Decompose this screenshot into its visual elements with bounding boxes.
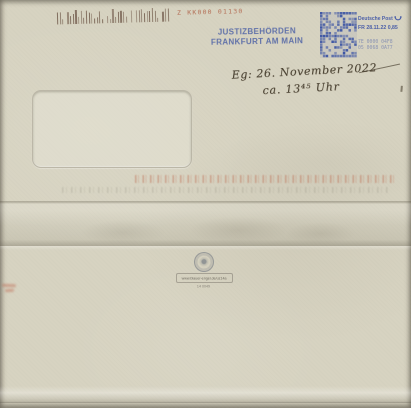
handwritten-receipt-note: Eg: 26. November 2022 ca. 13⁴⁵ Uhr (231, 59, 410, 98)
bleed-through-print-gray (62, 187, 390, 193)
blue-angel-seal-icon (194, 252, 214, 272)
envelope-front: Z KK000 01130 JUSTIZBEHÖRDEN FRANKFURT A… (0, 0, 411, 408)
pen-tick (400, 86, 402, 92)
eco-label-code: 14 0049 (188, 285, 219, 289)
edge-ink-smudge (5, 289, 14, 292)
eco-label-url-box: www.blauer-engel.de/uz14a (176, 273, 233, 283)
scanned-envelope-photo: Z KK000 01130 JUSTIZBEHÖRDEN FRANKFURT A… (0, 0, 411, 408)
bleed-through-print-red (135, 175, 397, 183)
franking-code: 7E 0000 04F8 05 0068 0A77 (358, 40, 410, 53)
sender-imprint: JUSTIZBEHÖRDEN FRANKFURT AM MAIN (203, 26, 311, 49)
bottom-edge-highlight (0, 386, 411, 403)
carrier-name: Deutsche Post (358, 16, 393, 22)
eco-label-url: www.blauer-engel.de/uz14a (182, 276, 227, 280)
meter-line: FR 28.11.22 0,85 (358, 25, 410, 31)
address-window (32, 90, 192, 168)
sorting-code: Z KK000 01130 (177, 7, 244, 17)
carrier-line: Deutsche Post (358, 15, 410, 22)
sorting-barcode (57, 7, 169, 25)
posthorn-icon (394, 15, 402, 22)
sender-line2: FRANKFURT AM MAIN (203, 36, 311, 48)
fold-crease (0, 201, 411, 246)
franking-mark: Deutsche Post FR 28.11.22 0,85 7E 0000 0… (358, 15, 410, 52)
franking-datamatrix-icon (320, 12, 357, 58)
edge-ink-smudge (2, 284, 16, 287)
franking-code-line2: 05 0068 0A77 (358, 46, 410, 52)
handwriting-line2: ca. 13⁴⁵ Uhr (262, 76, 410, 97)
